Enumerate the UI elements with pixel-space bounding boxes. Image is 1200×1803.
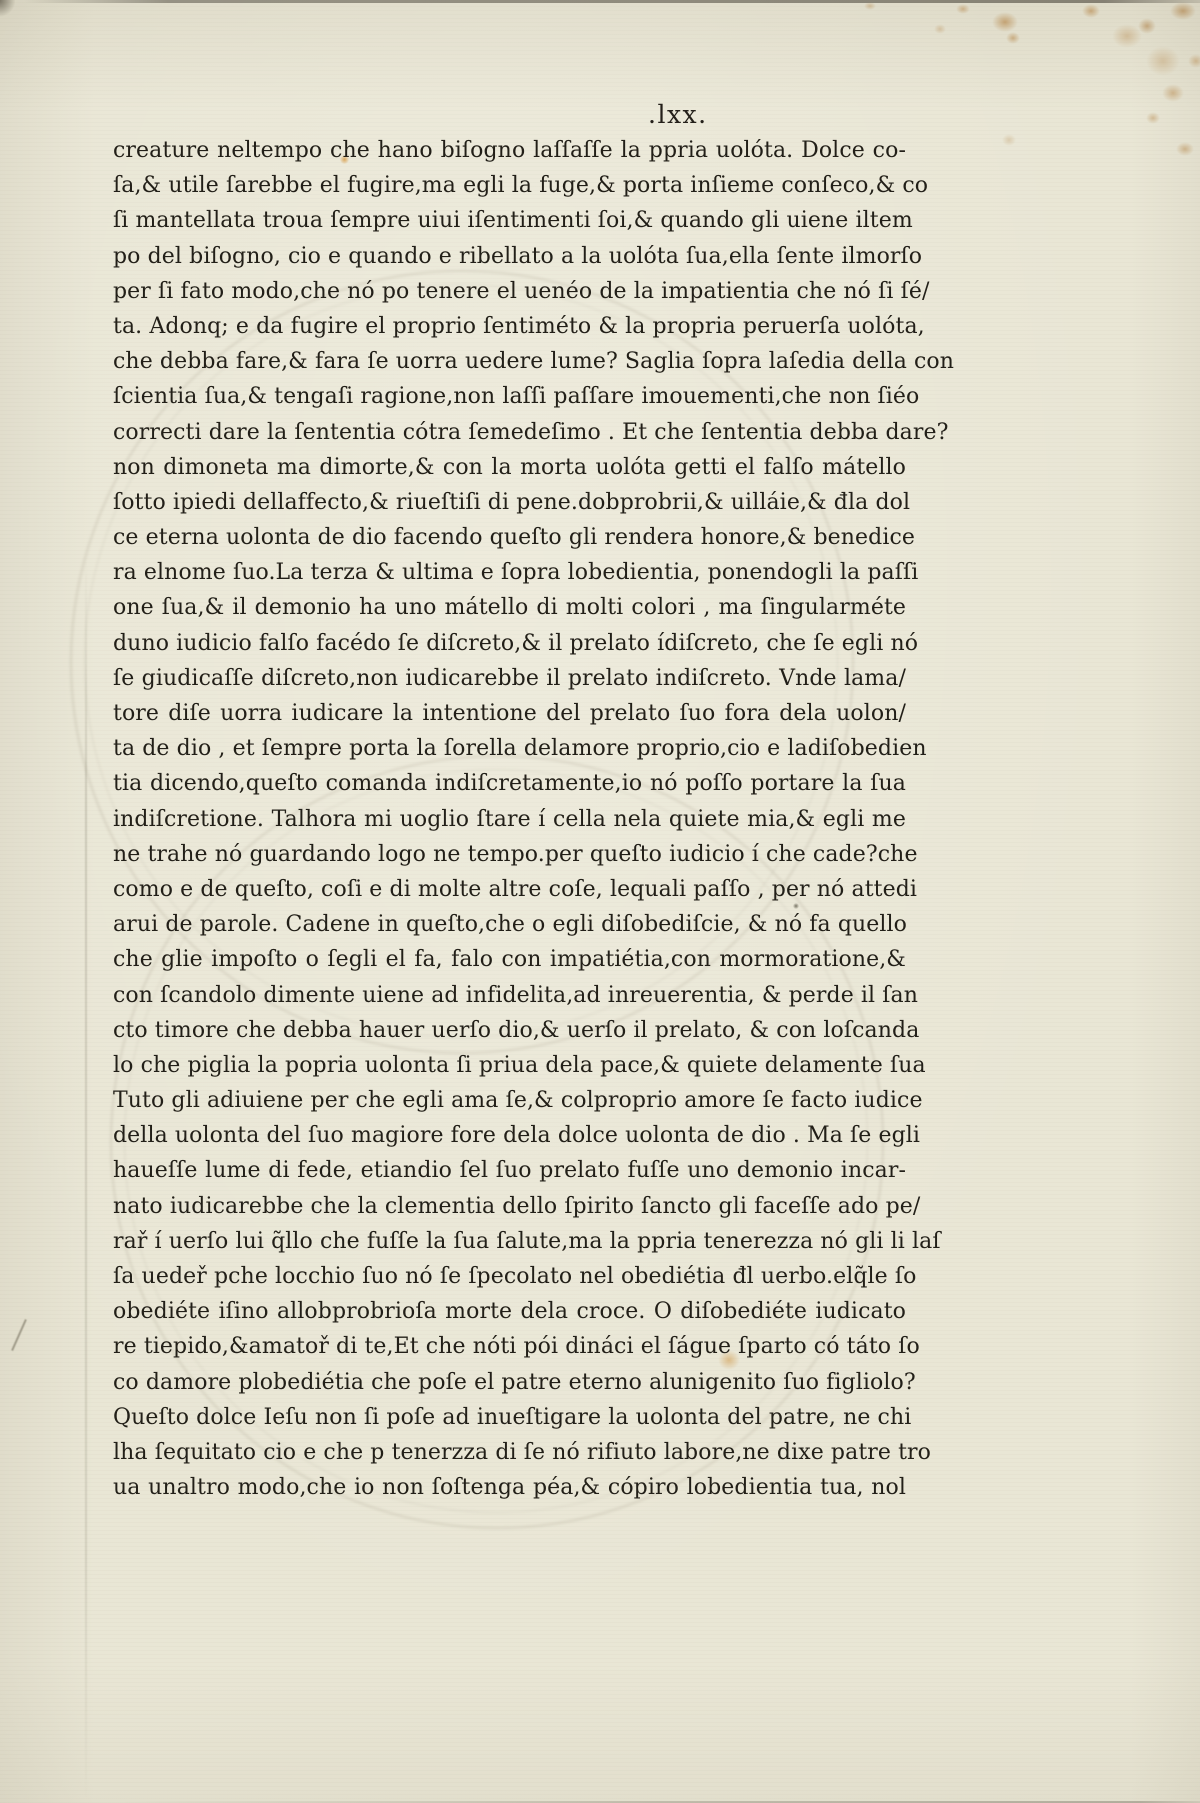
text-line: che debba fare,& fara ſe uorra uedere lu…	[113, 344, 906, 379]
text-line: ra elnome ſuo.La terza & ultima e ſopra …	[113, 555, 906, 590]
text-line: nato iudicarebbe che la clementia dello …	[113, 1189, 906, 1224]
foxing-stain	[1002, 134, 1016, 146]
book-page: .lxx. creature neltempo che hano biſogno…	[0, 0, 1200, 1803]
text-line: della uolonta del ſuo magiore fore dela …	[113, 1118, 906, 1153]
text-line: lo che piglia la popria uolonta ſi priua…	[113, 1048, 906, 1083]
text-line: ſe giudicaſſe diſcreto,non iudicarebbe i…	[113, 661, 906, 696]
text-line: Tuto gli adiuiene per che egli ama ſe,& …	[113, 1083, 906, 1118]
text-line: po del biſogno, cio e quando e ribellato…	[113, 239, 906, 274]
text-line: ta de dio , et ſempre porta la ſorella d…	[113, 731, 906, 766]
foxing-stain	[1146, 46, 1180, 76]
text-line: con ſcandolo dimente uiene ad infidelita…	[113, 978, 906, 1013]
text-line: creature neltempo che hano biſogno laſſa…	[113, 133, 906, 168]
foxing-stain	[1188, 54, 1200, 68]
text-block: creature neltempo che hano biſogno laſſa…	[113, 133, 906, 1505]
text-line: ſi mantellata troua ſempre uiui iſentime…	[113, 203, 906, 238]
text-line: non dimoneta ma dimorte,& con la morta u…	[113, 450, 906, 485]
corner-stain	[0, 0, 15, 18]
text-line: tore diſe uorra iudicare la intentione d…	[113, 696, 906, 731]
foxing-stain	[1138, 18, 1156, 34]
foxing-stain	[1162, 84, 1184, 102]
scan-top-edge	[0, 0, 1200, 3]
text-line: indiſcretione. Talhora mi uoglio ſtare í…	[113, 802, 906, 837]
text-line: obediéte iſino allobprobrioſa morte dela…	[113, 1294, 906, 1329]
foxing-stain	[934, 24, 946, 34]
folio-number: .lxx.	[648, 100, 708, 129]
foxing-stain	[864, 2, 876, 10]
text-line: correcti dare la ſententia cótra ſemedeſ…	[113, 415, 906, 450]
text-line: como e de queſto, coſi e di molte altre …	[113, 872, 906, 907]
text-line: ce eterna uolonta de dio facendo queſto …	[113, 520, 906, 555]
foxing-stain	[1082, 4, 1100, 18]
text-line: haueſſe lume di fede, etiandio ſel ſuo p…	[113, 1153, 906, 1188]
text-lines: creature neltempo che hano biſogno laſſa…	[113, 133, 906, 1505]
text-line: ua unaltro modo,che io non ſoſtenga péa,…	[113, 1470, 906, 1505]
text-line: duno iudicio falſo facédo ſe diſcreto,& …	[113, 626, 906, 661]
paper-scratch	[11, 1319, 27, 1351]
text-line: Queſto dolce Ieſu non ſi poſe ad inueſti…	[113, 1400, 906, 1435]
text-line: one ſua,& il demonio ha uno mátello di m…	[113, 590, 906, 625]
text-line: ta. Adonq; e da fugire el proprio ſentim…	[113, 309, 906, 344]
text-line: tia dicendo,queſto comanda indiſcretamen…	[113, 766, 906, 801]
text-line: rař í uerſo lui q̃llo che fuſſe la ſua ſ…	[113, 1224, 906, 1259]
foxing-stain	[1006, 32, 1020, 44]
text-line: co damore plobediétia che poſe el patre …	[113, 1365, 906, 1400]
text-line: ſa,& utile ſarebbe el fugire,ma egli la …	[113, 168, 906, 203]
foxing-stain	[1170, 2, 1196, 20]
text-line: lha ſequitato cio e che p tenerzza di ſe…	[113, 1435, 906, 1470]
text-line: ſotto ipiedi dellaffecto,& riueſtiſi di …	[113, 485, 906, 520]
foxing-stain	[992, 12, 1018, 32]
foxing-stain	[1146, 112, 1160, 124]
text-line: arui de parole. Cadene in queſto,che o e…	[113, 907, 906, 942]
foxing-stain	[956, 4, 970, 14]
foxing-stain	[1176, 142, 1194, 156]
text-line: che glie impoſto o ſegli el fa, falo con…	[113, 942, 906, 977]
text-line: cto timore che debba hauer uerſo dio,& u…	[113, 1013, 906, 1048]
text-line: per ſi fato modo,che nó po tenere el uen…	[113, 274, 906, 309]
text-line: ne trahe nó guardando logo ne tempo.per …	[113, 837, 906, 872]
text-line: ſcientia ſua,& tengaſi ragione,non laſſi…	[113, 379, 906, 414]
text-line: ſa uedeř pche locchio ſuo nó ſe ſpecolat…	[113, 1259, 906, 1294]
text-line: re tiepido,&amatoř di te,Et che nóti pói…	[113, 1329, 906, 1364]
